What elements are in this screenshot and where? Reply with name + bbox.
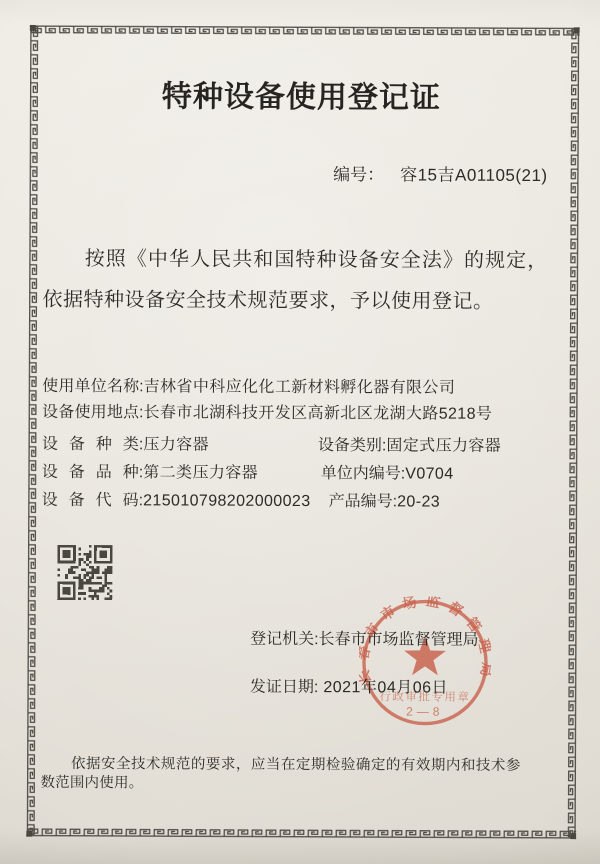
registry-label: 登记机关 (250, 631, 314, 648)
footnote-paragraph: 依据安全技术规范的要求，应当在定期检验确定的有效期内和技术参数范围内使用。 (40, 755, 520, 795)
field-value: 长春市北湖科技开发区高新北区龙湖大路5218号 (143, 404, 492, 423)
field-value: 固定式压力容器 (386, 437, 501, 455)
issue-date-value: 2021年04月06日 (323, 679, 448, 697)
statement-paragraph: 按照《中华人民共和国特种设备安全法》的规定，依据特种设备安全技术规范要求，予以使… (42, 239, 547, 323)
registry-value: 长春市市场监督管理局 (319, 631, 479, 649)
field-value: 215010798202000023 (143, 492, 310, 510)
certificate-photo: 特种设备使用登记证 编号：容15吉A01105(21) 按照《中华人民共和国特种… (0, 0, 600, 864)
field-label: 产品编号 (329, 493, 393, 510)
field-row-equipment-code: 设备代码:215010798202000023 (42, 491, 311, 512)
serial-value: 容15吉A01105(21) (400, 165, 548, 185)
certificate-sheet: 特种设备使用登记证 编号：容15吉A01105(21) 按照《中华人民共和国特种… (0, 0, 600, 864)
field-label: 设备品种 (42, 463, 139, 483)
border-frame (26, 25, 580, 839)
field-row-use-address: 设备使用地点:长春市北湖科技开发区高新北区龙湖大路5218号 (42, 403, 492, 425)
field-value: 第二类压力容器 (143, 464, 258, 482)
field-value: 压力容器 (143, 436, 209, 453)
issue-date-line: 发证日期:2021年04月06日 (250, 678, 448, 699)
page-title: 特种设备使用登记证 (1, 79, 600, 118)
field-row-equipment-kind: 设备种类:压力容器 (42, 435, 209, 456)
issue-date-label: 发证日期 (250, 679, 314, 696)
issue-date-sep: : (314, 679, 319, 696)
seal-code: 2—8 (406, 704, 443, 718)
serial-label: 编号： (333, 165, 384, 184)
field-label: 设备使用地点 (42, 403, 139, 423)
field-row-equipment-category: 设备类别:固定式压力容器 (318, 436, 501, 457)
qr-code-icon (57, 545, 112, 600)
field-value: V0704 (405, 465, 453, 482)
field-value: 20-23 (397, 493, 440, 510)
field-row-product-number: 产品编号:20-23 (329, 492, 440, 512)
field-label: 设备类别 (318, 437, 382, 454)
field-label: 单位内编号 (321, 465, 401, 482)
field-value: 吉林省中科应化化工新材料孵化器有限公司 (144, 378, 456, 396)
field-row-equipment-variety: 设备品种:第二类压力容器 (42, 463, 258, 484)
registry-authority-line: 登记机关:长春市市场监督管理局 (250, 630, 479, 651)
official-seal: 长春市市场监督管理局 行政审批专用章 2—8 (359, 596, 492, 733)
serial-number-line: 编号：容15吉A01105(21) (333, 165, 548, 186)
field-row-internal-number: 单位内编号:V0704 (321, 464, 454, 485)
field-label: 设备种类 (42, 435, 139, 455)
field-row-unit-name: 使用单位名称:吉林省中科应化化工新材料孵化器有限公司 (42, 377, 455, 399)
field-label: 设备代码 (42, 491, 139, 511)
field-label: 使用单位名称 (42, 377, 139, 397)
